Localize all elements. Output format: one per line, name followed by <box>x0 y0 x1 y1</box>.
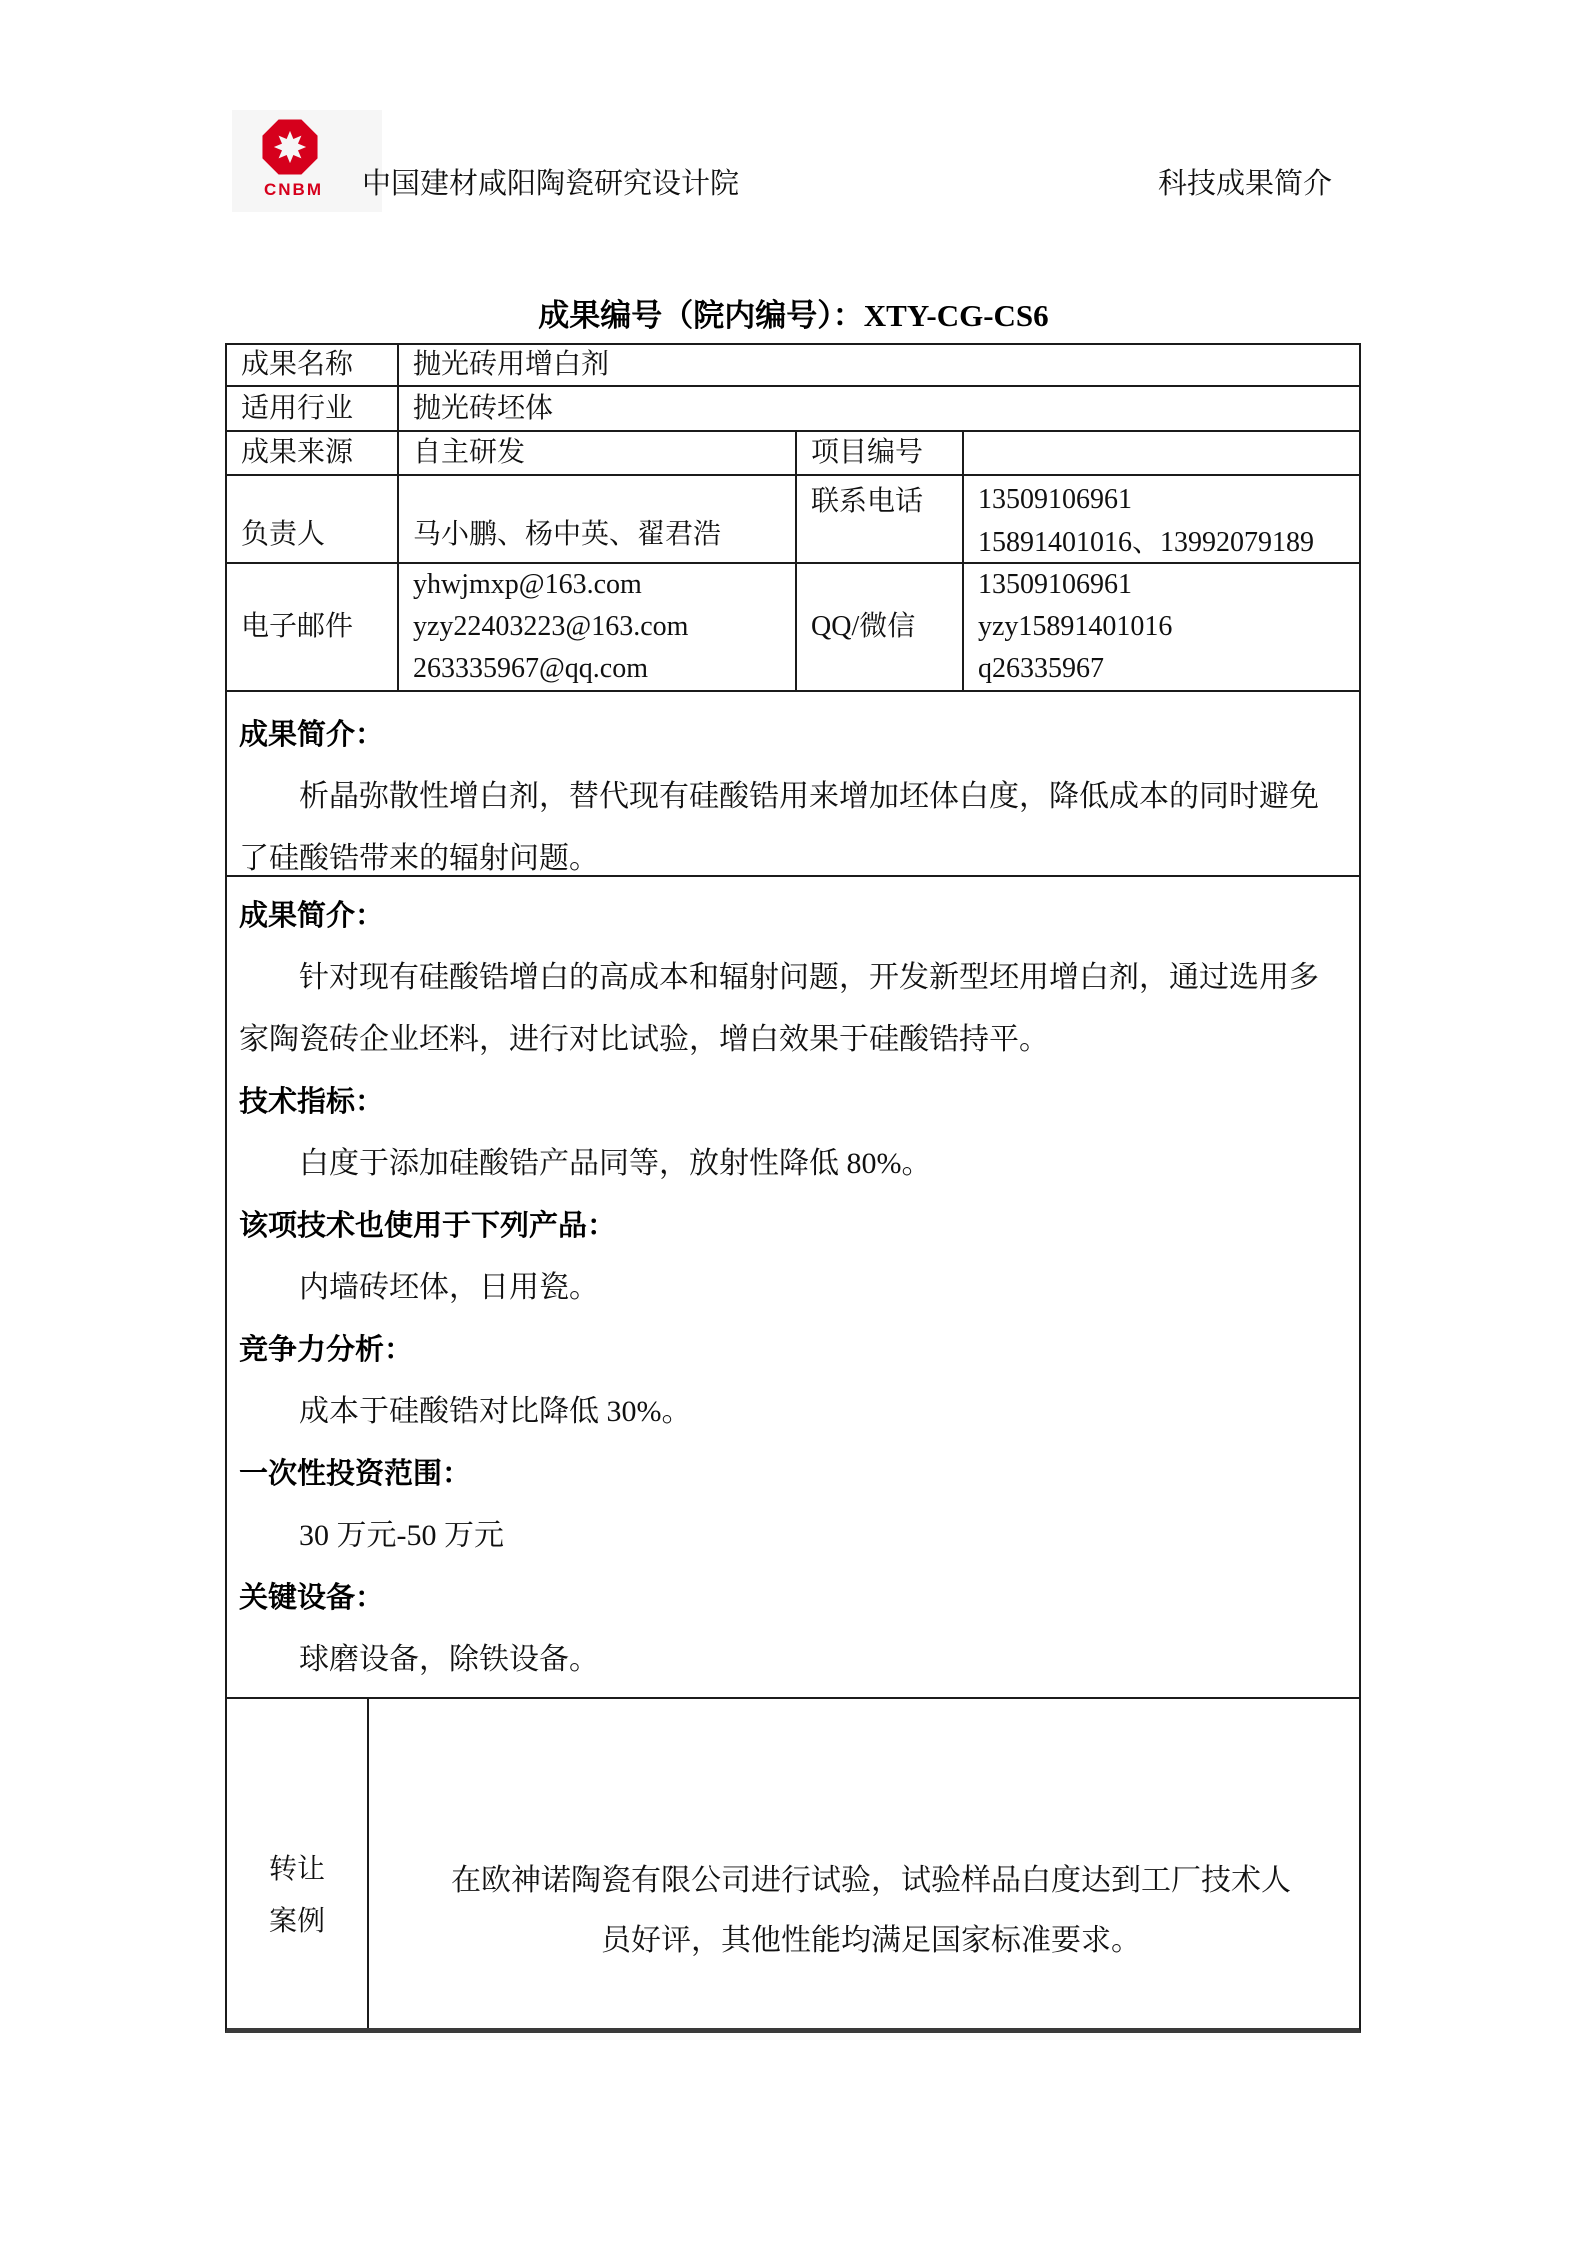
section-body: 白度于添加硅酸锆产品同等，放射性降低 80%。 <box>239 1133 1341 1195</box>
phone-line-1: 13509106961 <box>978 478 1132 521</box>
source-value-cell: 自主研发 <box>397 432 795 474</box>
transfer-label-cell: 转让 案例 <box>227 1699 367 2028</box>
name-value: 抛光砖用增白剂 <box>413 348 609 382</box>
table-row-transfer: 转让 案例 在欧神诺陶瓷有限公司进行试验，试验样品白度达到工厂技术人员好评，其他… <box>227 1699 1359 2028</box>
section-body: 成本于硅酸锆对比降低 30%。 <box>239 1381 1341 1443</box>
section-heading: 该项技术也使用于下列产品： <box>239 1195 1341 1257</box>
email-line-3: 263335967@qq.com <box>413 648 648 690</box>
page-title: 成果编号（院内编号）：XTY-CG-CS6 <box>0 290 1587 335</box>
section-heading: 成果简介： <box>239 885 1341 947</box>
cnbm-brand-label: CNBM <box>264 180 323 200</box>
section-body: 30 万元-50 万元 <box>239 1505 1341 1567</box>
industry-value: 抛光砖坯体 <box>413 392 553 426</box>
name-label: 成果名称 <box>241 348 353 382</box>
section-body: 针对现有硅酸锆增白的高成本和辐射问题，开发新型坯用增白剂，通过选用多家陶瓷砖企业… <box>239 947 1341 1071</box>
transfer-body-cell: 在欧神诺陶瓷有限公司进行试验，试验样品白度达到工厂技术人员好评，其他性能均满足国… <box>367 1699 1359 2028</box>
source-value: 自主研发 <box>413 436 525 470</box>
doc-type-label: 科技成果简介 <box>1158 168 1332 200</box>
table-row-name: 成果名称 抛光砖用增白剂 <box>227 345 1359 387</box>
leader-value-cell: 马小鹏、杨中英、翟君浩 <box>397 476 795 562</box>
qq-label: QQ/微信 <box>811 610 915 644</box>
email-line-1: yhwjmxp@163.com <box>413 564 642 606</box>
qq-label-cell: QQ/微信 <box>795 564 962 690</box>
transfer-label-line-2: 案例 <box>269 1896 325 1948</box>
cnbm-logo: CNBM <box>232 110 382 212</box>
qq-line-1: 13509106961 <box>978 564 1132 606</box>
cnbm-octagon-icon <box>258 116 322 178</box>
email-value-cell: yhwjmxp@163.com yzy22403223@163.com 2633… <box>397 564 795 690</box>
leader-label: 负责人 <box>241 518 325 552</box>
transfer-label-line-1: 转让 <box>269 1844 325 1896</box>
email-label: 电子邮件 <box>241 610 353 644</box>
section-heading: 一次性投资范围： <box>239 1443 1341 1505</box>
leader-value: 马小鹏、杨中英、翟君浩 <box>413 518 721 552</box>
qq-line-2: yzy15891401016 <box>978 606 1172 648</box>
phone-value-cell: 13509106961 15891401016、13992079189 <box>962 476 1359 562</box>
table-row-source: 成果来源 自主研发 项目编号 <box>227 432 1359 476</box>
qq-line-3: q26335967 <box>978 648 1104 690</box>
email-label-cell: 电子邮件 <box>227 564 397 690</box>
project-label-cell: 项目编号 <box>795 432 962 474</box>
industry-label-cell: 适用行业 <box>227 387 397 430</box>
summary-1-body: 析晶弥散性增白剂，替代现有硅酸锆用来增加坯体白度，降低成本的同时避免了硅酸锆带来… <box>239 766 1341 890</box>
table-row-email: 电子邮件 yhwjmxp@163.com yzy22403223@163.com… <box>227 564 1359 692</box>
document-page: CNBM 中国建材咸阳陶瓷研究设计院 科技成果简介 成果编号（院内编号）：XTY… <box>0 0 1587 2245</box>
phone-line-2: 15891401016、13992079189 <box>978 521 1314 562</box>
section-heading: 关键设备： <box>239 1567 1341 1629</box>
transfer-body: 在欧神诺陶瓷有限公司进行试验，试验样品白度达到工厂技术人员好评，其他性能均满足国… <box>442 1851 1301 1971</box>
phone-label: 联系电话 <box>811 480 923 523</box>
phone-label-cell: 联系电话 <box>795 476 962 562</box>
institute-name: 中国建材咸阳陶瓷研究设计院 <box>362 168 739 200</box>
section-body: 内墙砖坯体，日用瓷。 <box>239 1257 1341 1319</box>
section-heading: 技术指标： <box>239 1071 1341 1133</box>
name-label-cell: 成果名称 <box>227 345 397 385</box>
project-label: 项目编号 <box>811 436 923 470</box>
industry-label: 适用行业 <box>241 392 353 426</box>
name-value-cell: 抛光砖用增白剂 <box>397 345 1359 385</box>
achievement-table: 成果名称 抛光砖用增白剂 适用行业 抛光砖坯体 成果来源 自主研发 项目 <box>225 343 1361 2033</box>
section-heading: 竞争力分析： <box>239 1319 1341 1381</box>
email-line-2: yzy22403223@163.com <box>413 606 688 648</box>
summary-1-cell: 成果简介： 析晶弥散性增白剂，替代现有硅酸锆用来增加坯体白度，降低成本的同时避免… <box>227 692 1359 890</box>
project-value-cell <box>962 432 1359 474</box>
leader-label-cell: 负责人 <box>227 476 397 562</box>
sections-cell: 成果简介： 针对现有硅酸锆增白的高成本和辐射问题，开发新型坯用增白剂，通过选用多… <box>227 877 1359 1697</box>
qq-value-cell: 13509106961 yzy15891401016 q26335967 <box>962 564 1359 690</box>
table-row-leader: 负责人 马小鹏、杨中英、翟君浩 联系电话 13509106961 1589140… <box>227 476 1359 564</box>
table-row-industry: 适用行业 抛光砖坯体 <box>227 387 1359 432</box>
source-label-cell: 成果来源 <box>227 432 397 474</box>
industry-value-cell: 抛光砖坯体 <box>397 387 1359 430</box>
summary-1-heading: 成果简介： <box>239 704 1341 766</box>
table-row-sections: 成果简介： 针对现有硅酸锆增白的高成本和辐射问题，开发新型坯用增白剂，通过选用多… <box>227 877 1359 1699</box>
source-label: 成果来源 <box>241 436 353 470</box>
section-body: 球磨设备，除铁设备。 <box>239 1629 1341 1691</box>
table-row-summary-1: 成果简介： 析晶弥散性增白剂，替代现有硅酸锆用来增加坯体白度，降低成本的同时避免… <box>227 692 1359 877</box>
